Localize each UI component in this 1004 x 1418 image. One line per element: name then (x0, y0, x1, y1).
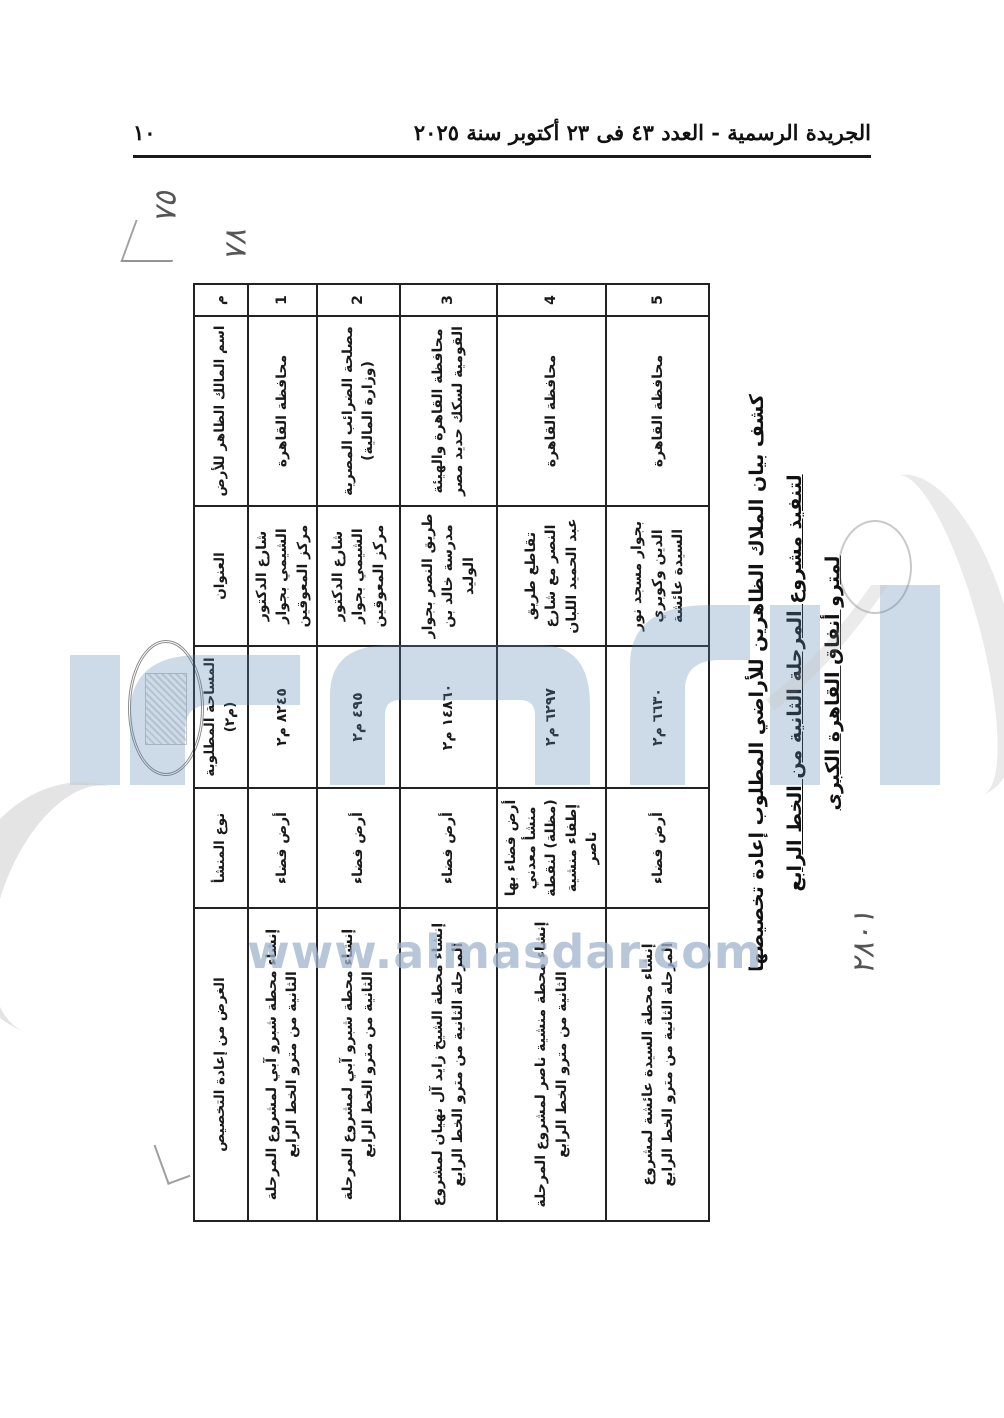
cell-address: شارع الدكتور الشيمي بجوار مركز المعوقين (317, 506, 400, 646)
handwritten-initials (154, 1137, 191, 1185)
cell-type: أرض فضاء (400, 788, 497, 908)
cell-type: أرض فضاء (317, 788, 400, 908)
title-line-3: لمترو أنفاق القاهرة الكبرى (814, 363, 852, 1003)
cell-address: طريق النصر بجوار مدرسة خالد بن الوليد (400, 506, 497, 646)
header-owner: اسم المالك الظاهر للأرض (194, 316, 248, 506)
land-owners-table-wrapper: م اسم المالك الظاهر للأرض العنوان المساح… (193, 285, 692, 1222)
cell-owner: محافظة القاهرة والهيئة القومية لسكك حديد… (400, 316, 497, 506)
handwritten-mark-top: ٧٥ (149, 191, 184, 223)
cell-owner: محافظة القاهرة (248, 316, 317, 506)
cell-type: أرض فضاء بها منشأ معدني (مظلة) لنقطة إطف… (497, 788, 606, 908)
table-row: 2 مصلحة الضرائب المصرية (وزارة المالية) … (317, 284, 400, 1221)
title-line-2: لتنفيذ مشروع المرحلة الثانية من الخط الر… (776, 363, 814, 1003)
table-row: 3 محافظة القاهرة والهيئة القومية لسكك حد… (400, 284, 497, 1221)
cell-purpose: إنشاء محطة شبرو آبي لمشروع المرحلة الثان… (317, 908, 400, 1221)
table-header-row: م اسم المالك الظاهر للأرض العنوان المساح… (194, 284, 248, 1221)
header-num: م (194, 284, 248, 316)
header-address: العنوان (194, 506, 248, 646)
watermark-arc-left (0, 750, 218, 1070)
cell-num: 3 (400, 284, 497, 316)
cell-num: 4 (497, 284, 606, 316)
page-header: الجريدة الرسمية - العدد ٤٣ فى ٢٣ أكتوبر … (133, 112, 871, 152)
table-row: 5 محافظة القاهرة بجوار مسجد نور الدين وك… (606, 284, 709, 1221)
cell-purpose: إنشاء محطة منشية ناصر لمشروع المرحلة الث… (497, 908, 606, 1221)
title-line-1: كشف بيان الملاك الظاهرين للأراضي المطلوب… (738, 363, 776, 1003)
handwritten-mark-top-2: ٧٨ (219, 229, 254, 261)
cell-type: أرض فضاء (606, 788, 709, 908)
cell-address: بجوار مسجد نور الدين وكوبري السيدة عائشة (606, 506, 709, 646)
stamp-emblem (145, 673, 187, 745)
cell-purpose: إنشاء محطة الشيخ زايد آل نهيان لمشروع ال… (400, 908, 497, 1221)
cell-owner: محافظة القاهرة (497, 316, 606, 506)
header-divider (133, 155, 871, 158)
cell-area: ٦٢٩٧ م٢ (497, 646, 606, 788)
publication-info: الجريدة الرسمية - العدد ٤٣ فى ٢٣ أكتوبر … (414, 120, 871, 145)
cell-purpose: إنشاء محطة شبرو آبي لمشروع المرحلة الثان… (248, 908, 317, 1221)
cell-purpose: إنشاء محطة السيدة عائشة لمشروع المرحلة ا… (606, 908, 709, 1221)
cell-num: 1 (248, 284, 317, 316)
cell-num: 5 (606, 284, 709, 316)
cell-num: 2 (317, 284, 400, 316)
cell-area: ١٤٨٦٠ م٢ (400, 646, 497, 788)
cell-area: ٤٩٥ م٢ (317, 646, 400, 788)
cell-address: شارع الدكتور الشيمي بجوار مركز المعوقين (248, 506, 317, 646)
cell-area: ٨٢٤٥ م٢ (248, 646, 317, 788)
cell-owner: محافظة القاهرة (606, 316, 709, 506)
cell-area: ٦٦٣٠ م٢ (606, 646, 709, 788)
cell-address: تقاطع طريق النصر مع شارع عبد الحميد اللب… (497, 506, 606, 646)
table-row: 4 محافظة القاهرة تقاطع طريق النصر مع شار… (497, 284, 606, 1221)
cell-owner: مصلحة الضرائب المصرية (وزارة المالية) (317, 316, 400, 506)
header-purpose: الغرض من إعادة التخصيص (194, 908, 248, 1221)
land-owners-table: م اسم المالك الظاهر للأرض العنوان المساح… (193, 283, 710, 1222)
cell-type: أرض فضاء (248, 788, 317, 908)
table-row: 1 محافظة القاهرة شارع الدكتور الشيمي بجو… (248, 284, 317, 1221)
page-number: ١٠ (133, 120, 156, 145)
header-area: المساحة المطلوبة (م٢) (194, 646, 248, 788)
signature-scribble (120, 220, 187, 262)
document-title: كشف بيان الملاك الظاهرين للأراضي المطلوب… (738, 363, 868, 1003)
header-type: نوع المنشأ (194, 788, 248, 908)
